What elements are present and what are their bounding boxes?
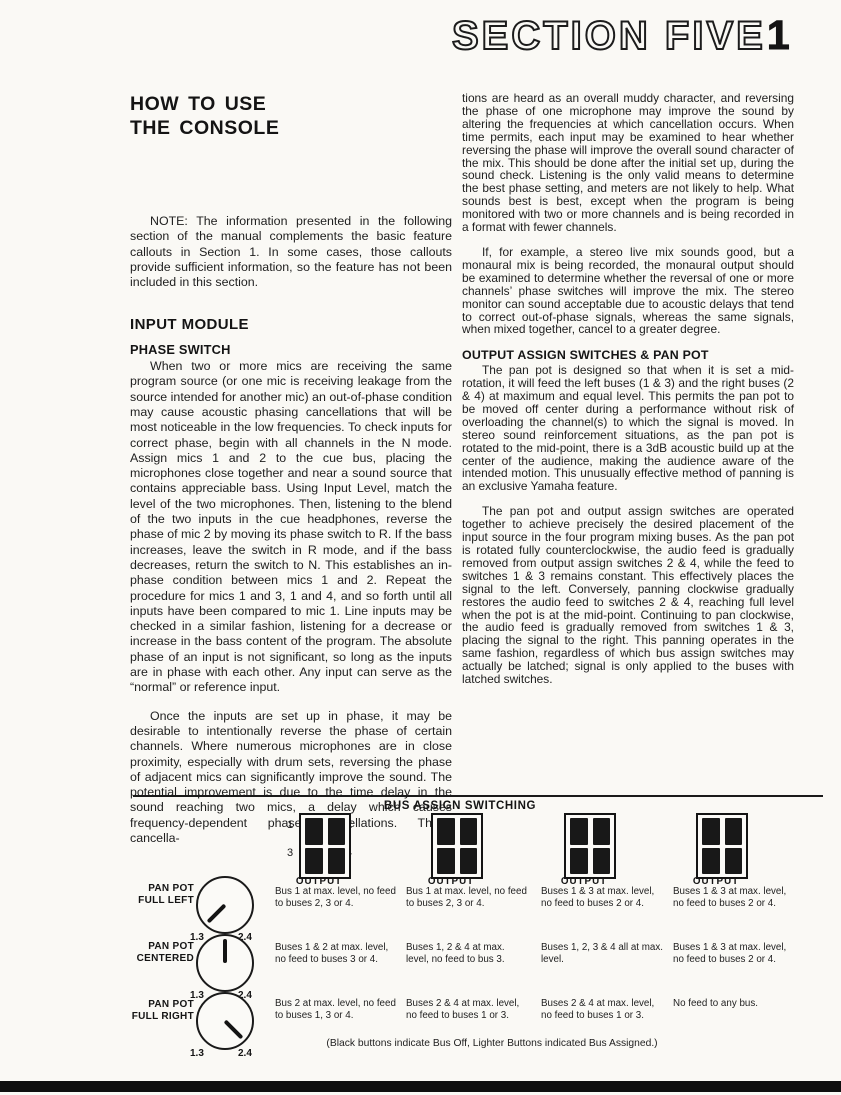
- pan-pot-row-full-right: PAN POT FULL RIGHT 1.3 2.4: [0, 992, 270, 1052]
- diagram-cell: Bus 1 at max. level, no feed to buses 2,…: [406, 886, 530, 910]
- knob-pointer: [224, 1020, 244, 1040]
- diagram-top-rule: [133, 795, 823, 797]
- bus-assign-diagram: BUS ASSIGN SWITCHING 1 2 3 4: [0, 795, 841, 1071]
- bus-button: [570, 818, 588, 845]
- bus-corner-label-3: 3: [287, 847, 293, 859]
- pan-pot-label-line2: CENTERED: [137, 953, 194, 964]
- bus-button: [437, 818, 455, 845]
- body-paragraph-2: If, for example, a stereo live mix sound…: [462, 246, 794, 336]
- phase-switch-heading: PHASE SWITCH: [130, 342, 452, 357]
- output-assign-heading: OUTPUT ASSIGN SWITCHES & PAN POT: [462, 349, 794, 362]
- bus-button: [702, 818, 720, 845]
- note-paragraph: NOTE: The information presented in the f…: [130, 214, 452, 290]
- bus-button: [725, 818, 743, 845]
- tick-label-left: 1.3: [190, 1048, 204, 1059]
- bus-button: [725, 848, 743, 875]
- left-column: HOW TO USE THE CONSOLE NOTE: The informa…: [130, 92, 452, 846]
- pan-pot-knob: [196, 992, 254, 1050]
- pan-pot-label: PAN POT CENTERED: [112, 941, 194, 964]
- manual-page: SECTION FIVE1 HOW TO USE THE CONSOLE NOT…: [0, 0, 841, 1095]
- diagram-cell: Buses 1, 2, 3 & 4 all at max. level.: [541, 942, 665, 966]
- body-paragraph-3: The pan pot is designed so that when it …: [462, 364, 794, 493]
- bus-button: [593, 818, 611, 845]
- bus-button: [305, 848, 323, 875]
- diagram-cell: Bus 2 at max. level, no feed to buses 1,…: [275, 998, 399, 1022]
- page-title-line1: HOW TO USE: [130, 93, 266, 115]
- bottom-bar: [0, 1081, 841, 1092]
- body-paragraph-4: The pan pot and output assign switches a…: [462, 505, 794, 686]
- knob-pointer: [223, 939, 227, 963]
- pan-pot-label-line2: FULL RIGHT: [132, 1011, 194, 1022]
- bus-button: [437, 848, 455, 875]
- switch-block-4: [696, 813, 748, 879]
- pan-pot-label-line1: PAN POT: [148, 999, 194, 1010]
- page-title: HOW TO USE THE CONSOLE: [130, 92, 452, 140]
- bus-corner-label-1: 1: [287, 819, 293, 831]
- diagram-cell: Buses 2 & 4 at max. level, no feed to bu…: [541, 998, 665, 1022]
- bus-button: [305, 818, 323, 845]
- bus-button: [328, 848, 346, 875]
- diagram-cell: Buses 1, 2 & 4 at max. level, no feed to…: [406, 942, 530, 966]
- diagram-cell: Buses 1 & 3 at max. level, no feed to bu…: [673, 886, 797, 910]
- diagram-cell: Buses 1 & 2 at max. level, no feed to bu…: [275, 942, 399, 966]
- pan-pot-row-centered: PAN POT CENTERED 1.3 2.4: [0, 934, 270, 994]
- pan-pot-label-line1: PAN POT: [148, 941, 194, 952]
- section-page-number: 1: [767, 12, 790, 58]
- bus-button: [328, 818, 346, 845]
- body-paragraph-1: tions are heard as an overall muddy char…: [462, 92, 794, 234]
- pan-pot-knob: [196, 934, 254, 992]
- pan-pot-label: PAN POT FULL LEFT: [112, 883, 194, 906]
- section-banner: SECTION FIVE1: [452, 12, 790, 59]
- diagram-cell: Buses 1 & 3 at max. level, no feed to bu…: [541, 886, 665, 910]
- page-title-line2: THE CONSOLE: [130, 117, 279, 139]
- pan-pot-label-line2: FULL LEFT: [138, 895, 194, 906]
- pan-pot-label: PAN POT FULL RIGHT: [112, 999, 194, 1022]
- bus-button: [702, 848, 720, 875]
- switch-block-3: [564, 813, 616, 879]
- section-title-outline: SECTION FIVE: [452, 14, 766, 58]
- right-column: tions are heard as an overall muddy char…: [462, 92, 794, 686]
- bus-button: [593, 848, 611, 875]
- switch-block-1: [299, 813, 351, 879]
- phase-paragraph-1: When two or more mics are receiving the …: [130, 359, 452, 696]
- tick-label-right: 2.4: [238, 1048, 252, 1059]
- diagram-title: BUS ASSIGN SWITCHING: [280, 800, 640, 812]
- bus-button: [460, 848, 478, 875]
- diagram-cell: No feed to any bus.: [673, 998, 797, 1010]
- bus-button: [570, 848, 588, 875]
- bus-button: [460, 818, 478, 845]
- input-module-heading: INPUT MODULE: [130, 317, 452, 332]
- diagram-cell: Buses 2 & 4 at max. level, no feed to bu…: [406, 998, 530, 1022]
- pan-pot-label-line1: PAN POT: [148, 883, 194, 894]
- diagram-cell: Bus 1 at max. level, no feed to buses 2,…: [275, 886, 399, 910]
- switch-block-2: [431, 813, 483, 879]
- diagram-caption: (Black buttons indicate Bus Off, Lighter…: [272, 1038, 712, 1049]
- knob-pointer: [207, 904, 227, 924]
- pan-pot-knob: [196, 876, 254, 934]
- pan-pot-row-full-left: PAN POT FULL LEFT 1.3 2.4: [0, 876, 270, 936]
- diagram-cell: Buses 1 & 3 at max. level, no feed to bu…: [673, 942, 797, 966]
